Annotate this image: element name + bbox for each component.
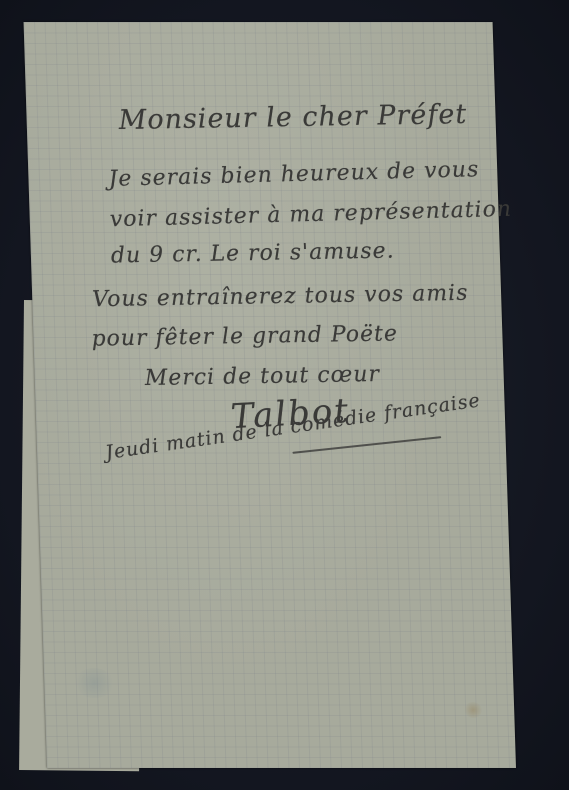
photo-background: Monsieur le cher Préfet Je serais bien h… bbox=[0, 0, 569, 790]
handwritten-text: Monsieur le cher Préfet Je serais bien h… bbox=[24, 22, 516, 768]
salutation: Monsieur le cher Préfet bbox=[118, 99, 468, 136]
body-line-1: Je serais bien heureux de vous bbox=[108, 157, 480, 192]
signature-flourish bbox=[292, 436, 441, 454]
letter-paper: Monsieur le cher Préfet Je serais bien h… bbox=[24, 22, 516, 768]
body-line-5: pour fêter le grand Poëte bbox=[91, 321, 399, 351]
closing-line: Merci de tout cœur bbox=[144, 362, 380, 391]
body-line-2: voir assister à ma représentation bbox=[109, 197, 513, 233]
body-line-4: Vous entraînerez tous vos amis bbox=[92, 281, 469, 313]
body-line-3: du 9 cr. Le roi s'amuse. bbox=[110, 239, 395, 269]
